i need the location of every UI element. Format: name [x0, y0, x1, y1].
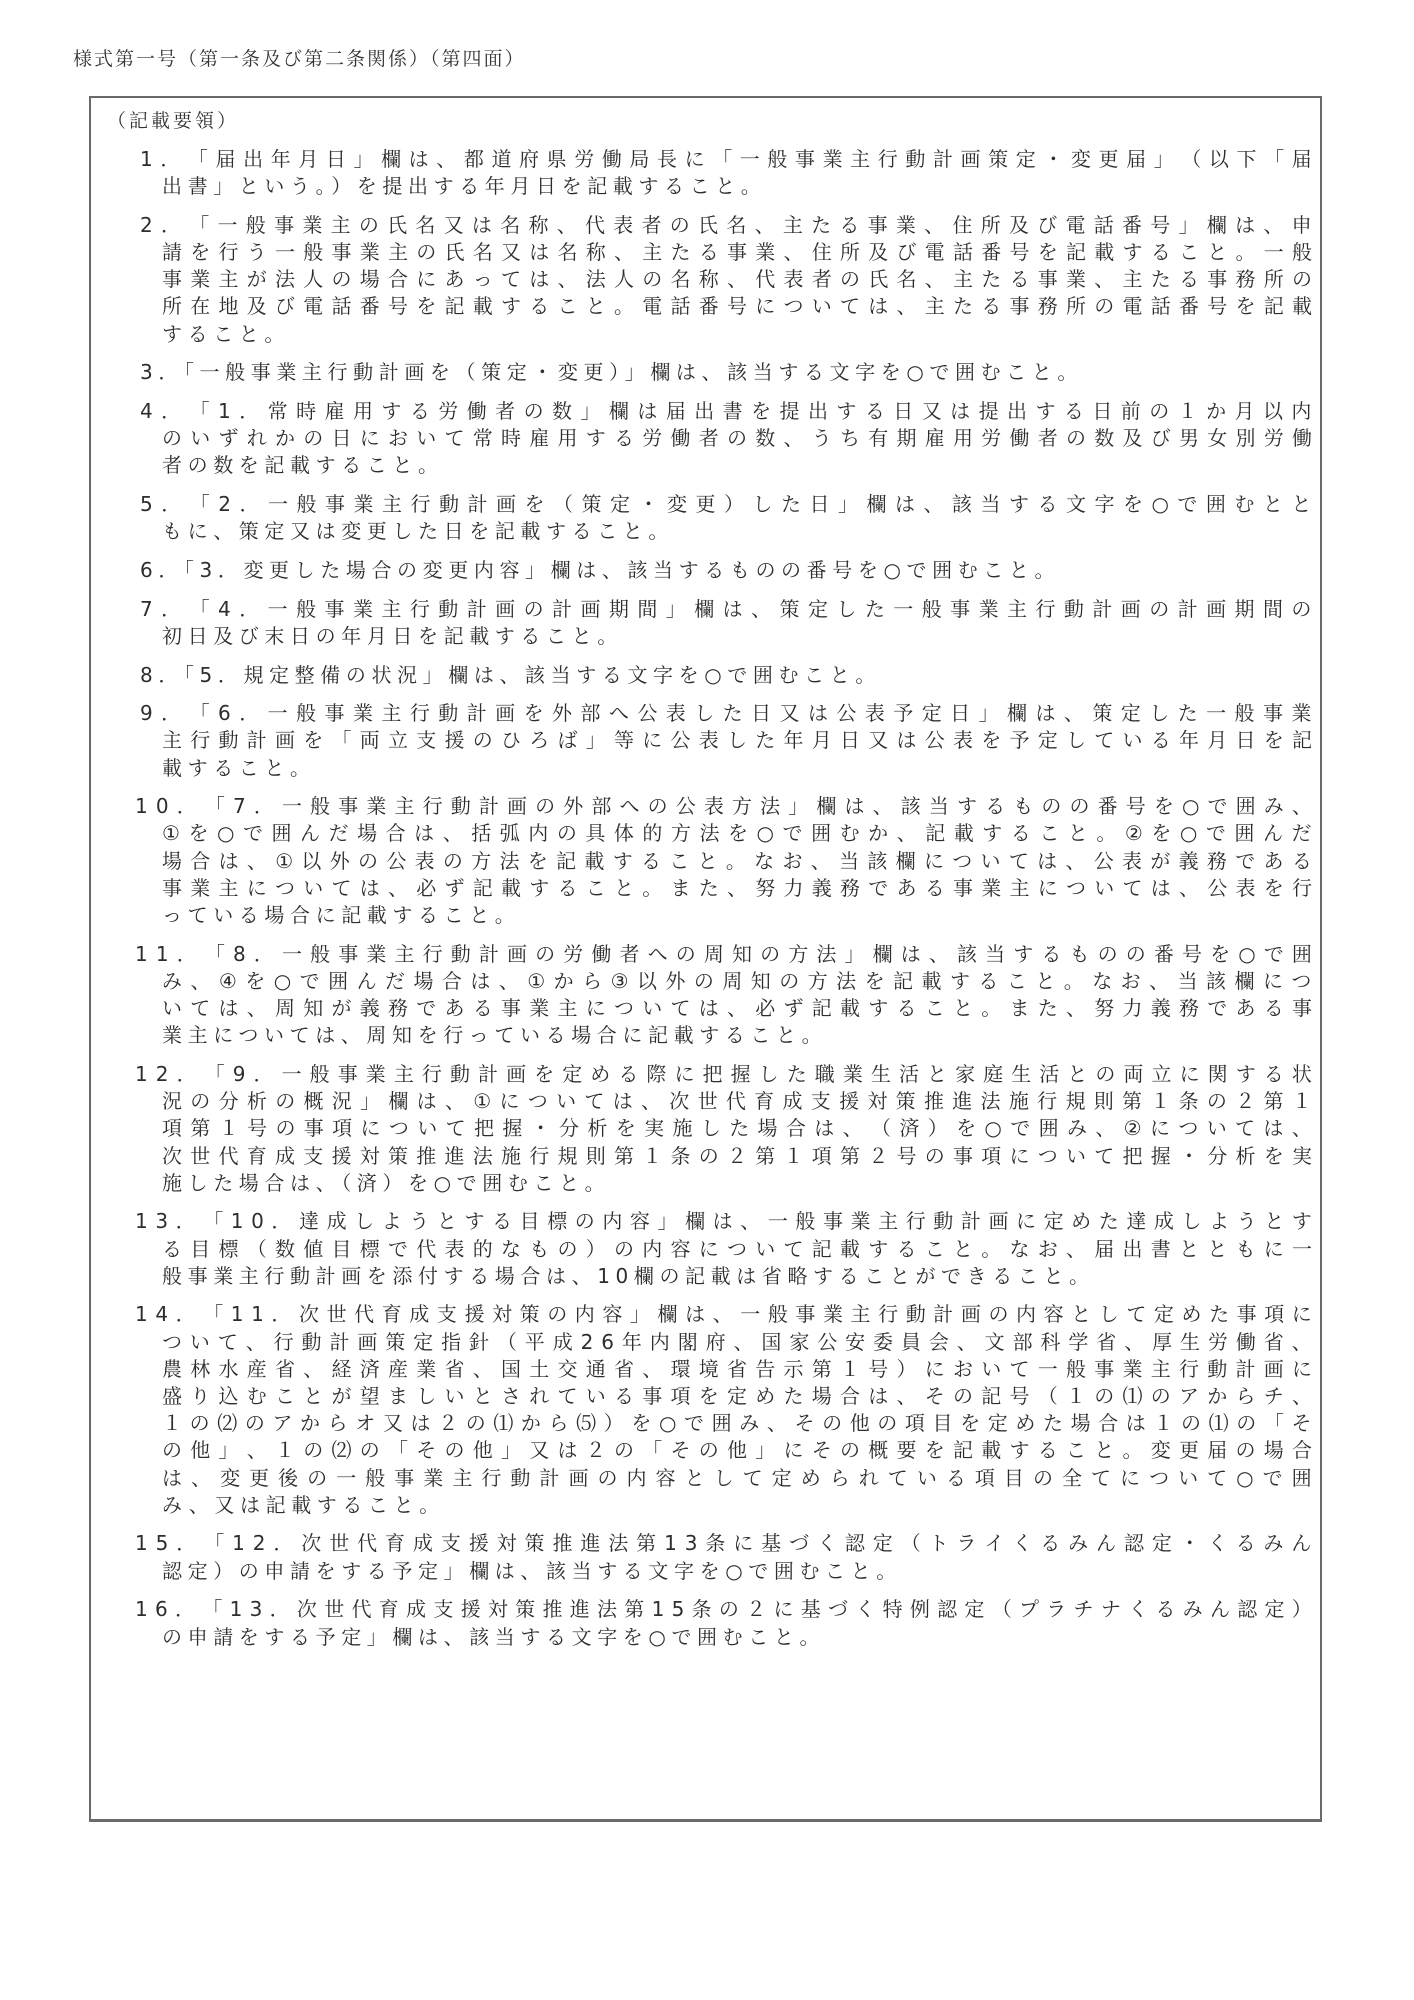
instruction-item-continuation-line: 出書」という。）を提出する年月日を記載すること。	[162, 173, 1312, 200]
instruction-item-first-line: 16．「13．次世代育成支援対策推進法第15条の２に基づく特例認定（プラチナくる…	[135, 1596, 1312, 1623]
instruction-list: 1．「届出年月日」欄は、都道府県労働局長に「一般事業主行動計画策定・変更届」（以…	[91, 146, 1320, 1662]
instruction-item-first-line: 8．「5．規定整備の状況」欄は、該当する文字を○で囲むこと。	[140, 662, 1312, 689]
instruction-item-continuation-line: の申請をする予定」欄は、該当する文字を○で囲むこと。	[162, 1624, 1312, 1651]
instruction-item: 5．「2．一般事業主行動計画を（策定・変更）した日」欄は、該当する文字を○で囲む…	[91, 491, 1320, 545]
instruction-item: 8．「5．規定整備の状況」欄は、該当する文字を○で囲むこと。	[91, 662, 1320, 689]
instruction-item-first-line: 6．「3．変更した場合の変更内容」欄は、該当するものの番号を○で囲むこと。	[140, 557, 1312, 584]
instruction-item-first-line: 10．「7．一般事業主行動計画の外部への公表方法」欄は、該当するものの番号を○で…	[135, 793, 1312, 820]
instruction-item-continuation-line: る目標（数値目標で代表的なもの）の内容について記載すること。なお、届出書とともに…	[162, 1236, 1312, 1263]
instruction-item-continuation-line: 事業主については、必ず記載すること。また、努力義務である事業主については、公表を…	[162, 875, 1312, 902]
instruction-item-first-line: 3．「一般事業主行動計画を（策定・変更）」欄は、該当する文字を○で囲むこと。	[140, 359, 1312, 386]
instruction-item: 2．「一般事業主の氏名又は名称、代表者の氏名、主たる事業、住所及び電話番号」欄は…	[91, 212, 1320, 348]
instruction-item-continuation-line: 主行動計画を「両立支援のひろば」等に公表した年月日又は公表を予定している年月日を…	[162, 727, 1312, 754]
instruction-item: 1．「届出年月日」欄は、都道府県労働局長に「一般事業主行動計画策定・変更届」（以…	[91, 146, 1320, 200]
instruction-item-first-line: 14．「11．次世代育成支援対策の内容」欄は、一般事業主行動計画の内容として定め…	[135, 1301, 1312, 1328]
instruction-item-continuation-line: 認定）の申請をする予定」欄は、該当する文字を○で囲むこと。	[162, 1558, 1312, 1585]
instruction-item-continuation-line: 事業主が法人の場合にあっては、法人の名称、代表者の氏名、主たる事業、主たる事務所…	[162, 266, 1312, 293]
instruction-item-continuation-line: 施した場合は、（済）を○で囲むこと。	[162, 1170, 1312, 1197]
instruction-item-continuation-line: の他」、１の⑵の「その他」又は２の「その他」にその概要を記載すること。変更届の場…	[162, 1437, 1312, 1464]
instruction-item-continuation-line: いては、周知が義務である事業主については、必ず記載すること。また、努力義務である…	[162, 995, 1312, 1022]
instruction-item-continuation-line: 次世代育成支援対策推進法施行規則第１条の２第１項第２号の事項について把握・分析を…	[162, 1143, 1312, 1170]
instruction-item-continuation-line: 場合は、①以外の公表の方法を記載すること。なお、当該欄については、公表が義務であ…	[162, 848, 1312, 875]
instruction-item: 14．「11．次世代育成支援対策の内容」欄は、一般事業主行動計画の内容として定め…	[91, 1301, 1320, 1519]
instruction-item: 9．「6．一般事業主行動計画を外部へ公表した日又は公表予定日」欄は、策定した一般…	[91, 700, 1320, 782]
instruction-item-continuation-line: 項第１号の事項について把握・分析を実施した場合は、（済）を○で囲み、②については…	[162, 1115, 1312, 1142]
instruction-item: 11．「8．一般事業主行動計画の労働者への周知の方法」欄は、該当するものの番号を…	[91, 941, 1320, 1050]
instruction-item-continuation-line: ①を○で囲んだ場合は、括弧内の具体的方法を○で囲むか、記載すること。②を○で囲ん…	[162, 820, 1312, 847]
instruction-item-continuation-line: １の⑵のアからオ又は２の⑴から⑸）を○で囲み、その他の項目を定めた場合は１の⑴の…	[162, 1410, 1312, 1437]
instruction-item-first-line: 12．「9．一般事業主行動計画を定める際に把握した職業生活と家庭生活との両立に関…	[135, 1061, 1312, 1088]
instruction-item-continuation-line: 初日及び末日の年月日を記載すること。	[162, 623, 1312, 650]
instruction-item: 4．「1．常時雇用する労働者の数」欄は届出書を提出する日又は提出する日前の１か月…	[91, 398, 1320, 480]
instruction-item-continuation-line: ついて、行動計画策定指針（平成26年内閣府、国家公安委員会、文部科学省、厚生労働…	[162, 1329, 1312, 1356]
instruction-item: 13．「10．達成しようとする目標の内容」欄は、一般事業主行動計画に定めた達成し…	[91, 1208, 1320, 1290]
instruction-item-first-line: 11．「8．一般事業主行動計画の労働者への周知の方法」欄は、該当するものの番号を…	[135, 941, 1312, 968]
instruction-item-continuation-line: 請を行う一般事業主の氏名又は名称、主たる事業、住所及び電話番号を記載すること。一…	[162, 239, 1312, 266]
instruction-item-first-line: 13．「10．達成しようとする目標の内容」欄は、一般事業主行動計画に定めた達成し…	[135, 1208, 1312, 1235]
instruction-item-first-line: 5．「2．一般事業主行動計画を（策定・変更）した日」欄は、該当する文字を○で囲む…	[140, 491, 1312, 518]
instruction-item: 15．「12．次世代育成支援対策推進法第13条に基づく認定（トライくるみん認定・…	[91, 1530, 1320, 1584]
instruction-item-first-line: 7．「4．一般事業主行動計画の計画期間」欄は、策定した一般事業主行動計画の計画期…	[140, 596, 1312, 623]
instruction-item-continuation-line: 載すること。	[162, 755, 1312, 782]
instruction-item-first-line: 2．「一般事業主の氏名又は名称、代表者の氏名、主たる事業、住所及び電話番号」欄は…	[140, 212, 1312, 239]
instruction-item-continuation-line: もに、策定又は変更した日を記載すること。	[162, 518, 1312, 545]
box-heading: （記載要領）	[107, 106, 239, 133]
instruction-item-continuation-line: 者の数を記載すること。	[162, 452, 1312, 479]
instruction-item: 16．「13．次世代育成支援対策推進法第15条の２に基づく特例認定（プラチナくる…	[91, 1596, 1320, 1650]
instruction-item-continuation-line: み、又は記載すること。	[162, 1492, 1312, 1519]
instruction-item: 3．「一般事業主行動計画を（策定・変更）」欄は、該当する文字を○で囲むこと。	[91, 359, 1320, 386]
instruction-item-continuation-line: 所在地及び電話番号を記載すること。電話番号については、主たる事務所の電話番号を記…	[162, 293, 1312, 320]
instruction-item: 12．「9．一般事業主行動計画を定める際に把握した職業生活と家庭生活との両立に関…	[91, 1061, 1320, 1197]
instruction-item-first-line: 15．「12．次世代育成支援対策推進法第13条に基づく認定（トライくるみん認定・…	[135, 1530, 1312, 1557]
form-title: 様式第一号（第一条及び第二条関係）（第四面）	[73, 44, 526, 71]
instruction-item-continuation-line: 業主については、周知を行っている場合に記載すること。	[162, 1022, 1312, 1049]
instruction-item-continuation-line: 盛り込むことが望ましいとされている事項を定めた場合は、その記号（１の⑴のアからチ…	[162, 1383, 1312, 1410]
instruction-item-continuation-line: 況の分析の概況」欄は、①については、次世代育成支援対策推進法施行規則第１条の２第…	[162, 1088, 1312, 1115]
instruction-item-first-line: 9．「6．一般事業主行動計画を外部へ公表した日又は公表予定日」欄は、策定した一般…	[140, 700, 1312, 727]
instruction-item: 7．「4．一般事業主行動計画の計画期間」欄は、策定した一般事業主行動計画の計画期…	[91, 596, 1320, 650]
instructions-box: （記載要領） 1．「届出年月日」欄は、都道府県労働局長に「一般事業主行動計画策定…	[89, 96, 1322, 1822]
instruction-item-continuation-line: み、④を○で囲んだ場合は、①から③以外の周知の方法を記載すること。なお、当該欄に…	[162, 968, 1312, 995]
instruction-item-continuation-line: 農林水産省、経済産業省、国土交通省、環境省告示第１号）において一般事業主行動計画…	[162, 1356, 1312, 1383]
instruction-item-first-line: 1．「届出年月日」欄は、都道府県労働局長に「一般事業主行動計画策定・変更届」（以…	[140, 146, 1312, 173]
instruction-item-continuation-line: すること。	[162, 321, 1312, 348]
instruction-item-continuation-line: 般事業主行動計画を添付する場合は、10欄の記載は省略することができること。	[162, 1263, 1312, 1290]
instruction-item: 6．「3．変更した場合の変更内容」欄は、該当するものの番号を○で囲むこと。	[91, 557, 1320, 584]
instruction-item-first-line: 4．「1．常時雇用する労働者の数」欄は届出書を提出する日又は提出する日前の１か月…	[140, 398, 1312, 425]
instruction-item-continuation-line: っている場合に記載すること。	[162, 902, 1312, 929]
instruction-item-continuation-line: のいずれかの日において常時雇用する労働者の数、うち有期雇用労働者の数及び男女別労…	[162, 425, 1312, 452]
instruction-item: 10．「7．一般事業主行動計画の外部への公表方法」欄は、該当するものの番号を○で…	[91, 793, 1320, 929]
instruction-item-continuation-line: は、変更後の一般事業主行動計画の内容として定められている項目の全てについて○で囲	[162, 1465, 1312, 1492]
